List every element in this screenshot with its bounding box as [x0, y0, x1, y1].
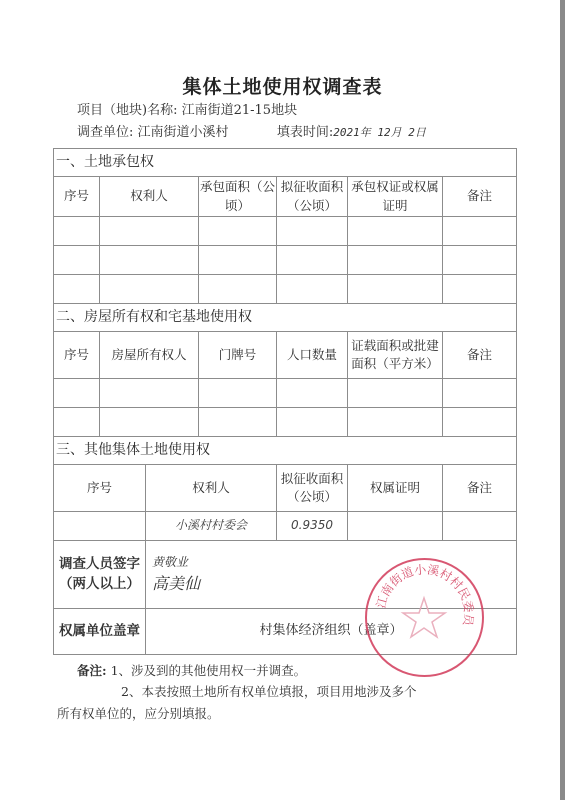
s2-col-door-number: 门牌号	[199, 332, 277, 379]
s3-col-remark: 备注	[443, 465, 517, 512]
s1-col-contract-area: 承包面积（公顷）	[199, 177, 277, 217]
note-1: 1、涉及到的其他使用权一并调查。	[111, 663, 306, 678]
cell[interactable]	[443, 246, 517, 275]
table-row	[54, 246, 517, 275]
section1-header-row: 序号 权利人 承包面积（公顷） 拟征收面积（公顷） 承包权证或权属证明 备注	[54, 177, 517, 217]
cell[interactable]	[199, 379, 277, 408]
s1-col-expropriation-area: 拟征收面积（公顷）	[277, 177, 348, 217]
cell[interactable]	[54, 246, 100, 275]
cell[interactable]	[100, 408, 199, 437]
cell[interactable]	[348, 246, 443, 275]
cell[interactable]	[277, 275, 348, 304]
cell[interactable]	[277, 217, 348, 246]
scan-edge	[560, 0, 565, 800]
seal-field[interactable]: 村集体经济组织（盖章）	[146, 609, 517, 655]
signer-1: 黄敬业	[152, 554, 516, 571]
signer-2: 高美仙	[152, 572, 516, 595]
s1-col-remark: 备注	[443, 177, 517, 217]
unit-name: 江南街道小溪村	[138, 125, 229, 140]
cell[interactable]	[54, 275, 100, 304]
s1-col-holder: 权利人	[100, 177, 199, 217]
s2-col-index: 序号	[54, 332, 100, 379]
project-name: 江南街道21-15地块	[182, 103, 297, 118]
table-row: 小溪村村委会 0.9350	[54, 512, 517, 541]
cell[interactable]	[348, 408, 443, 437]
cell[interactable]	[100, 275, 199, 304]
cell[interactable]	[100, 246, 199, 275]
area-cell[interactable]: 0.9350	[277, 512, 348, 541]
cell[interactable]	[348, 512, 443, 541]
section2-header-row: 序号 房屋所有权人 门牌号 人口数量 证载面积或批建面积（平方米） 备注	[54, 332, 517, 379]
cell[interactable]	[443, 408, 517, 437]
s1-col-index: 序号	[54, 177, 100, 217]
seal-row: 权属单位盖章 村集体经济组织（盖章）	[54, 609, 517, 655]
cell[interactable]	[443, 512, 517, 541]
project-line: 项目（地块)名称: 江南街道21-15地块	[77, 99, 297, 118]
date-label: 填表时间:	[277, 125, 333, 140]
s1-col-certificate: 承包权证或权属证明	[348, 177, 443, 217]
cell[interactable]	[277, 246, 348, 275]
cell[interactable]	[199, 408, 277, 437]
cell[interactable]	[443, 379, 517, 408]
section1-title: 一、土地承包权	[54, 149, 517, 177]
seal-label: 权属单位盖章	[54, 609, 146, 655]
cell[interactable]	[348, 217, 443, 246]
cell[interactable]	[100, 379, 199, 408]
s3-col-holder: 权利人	[146, 465, 277, 512]
s2-col-population: 人口数量	[277, 332, 348, 379]
section3-title: 三、其他集体土地使用权	[54, 437, 517, 465]
cell[interactable]	[443, 217, 517, 246]
cell[interactable]	[199, 275, 277, 304]
section2-title: 二、房屋所有权和宅基地使用权	[54, 304, 517, 332]
note-2: 2、本表按照土地所有权单位填报，项目用地涉及多个	[77, 681, 517, 702]
cell[interactable]	[348, 379, 443, 408]
notes-block: 备注: 1、涉及到的其他使用权一并调查。 2、本表按照土地所有权单位填报，项目用…	[77, 660, 517, 724]
cell[interactable]	[277, 379, 348, 408]
unit-label: 调查单位:	[77, 125, 133, 140]
s2-col-area: 证载面积或批建面积（平方米）	[348, 332, 443, 379]
cell[interactable]	[199, 246, 277, 275]
s3-col-expropriation-area: 拟征收面积（公顷）	[277, 465, 348, 512]
survey-table: 一、土地承包权 序号 权利人 承包面积（公顷） 拟征收面积（公顷） 承包权证或权…	[53, 148, 517, 655]
cell[interactable]	[54, 379, 100, 408]
table-row	[54, 379, 517, 408]
s2-col-owner: 房屋所有权人	[100, 332, 199, 379]
signature-field[interactable]: 黄敬业 高美仙	[146, 541, 517, 609]
s3-col-index: 序号	[54, 465, 146, 512]
signature-label: 调查人员签字 （两人以上）	[54, 541, 146, 609]
cell[interactable]	[277, 408, 348, 437]
cell[interactable]	[54, 512, 146, 541]
signature-label-line1: 调查人员签字	[54, 555, 145, 575]
cell[interactable]	[54, 408, 100, 437]
unit-line: 调查单位: 江南街道小溪村 填表时间:2021年 12月 2日	[77, 121, 426, 140]
table-row	[54, 275, 517, 304]
date-value: 2021年 12月 2日	[333, 126, 426, 139]
s2-col-remark: 备注	[443, 332, 517, 379]
project-label: 项目（地块)名称:	[77, 103, 177, 118]
cell[interactable]	[54, 217, 100, 246]
signature-row: 调查人员签字 （两人以上） 黄敬业 高美仙	[54, 541, 517, 609]
section3-header-row: 序号 权利人 拟征收面积（公顷） 权属证明 备注	[54, 465, 517, 512]
cell[interactable]	[348, 275, 443, 304]
cell[interactable]	[100, 217, 199, 246]
cell[interactable]	[443, 275, 517, 304]
table-row	[54, 217, 517, 246]
holder-cell[interactable]: 小溪村村委会	[146, 512, 277, 541]
document-title: 集体土地使用权调查表	[0, 72, 565, 99]
notes-label: 备注:	[77, 663, 107, 678]
note-2-cont: 所有权单位的，应分别填报。	[57, 703, 517, 724]
s3-col-certificate: 权属证明	[348, 465, 443, 512]
cell[interactable]	[199, 217, 277, 246]
signature-label-line2: （两人以上）	[54, 575, 145, 595]
table-row	[54, 408, 517, 437]
